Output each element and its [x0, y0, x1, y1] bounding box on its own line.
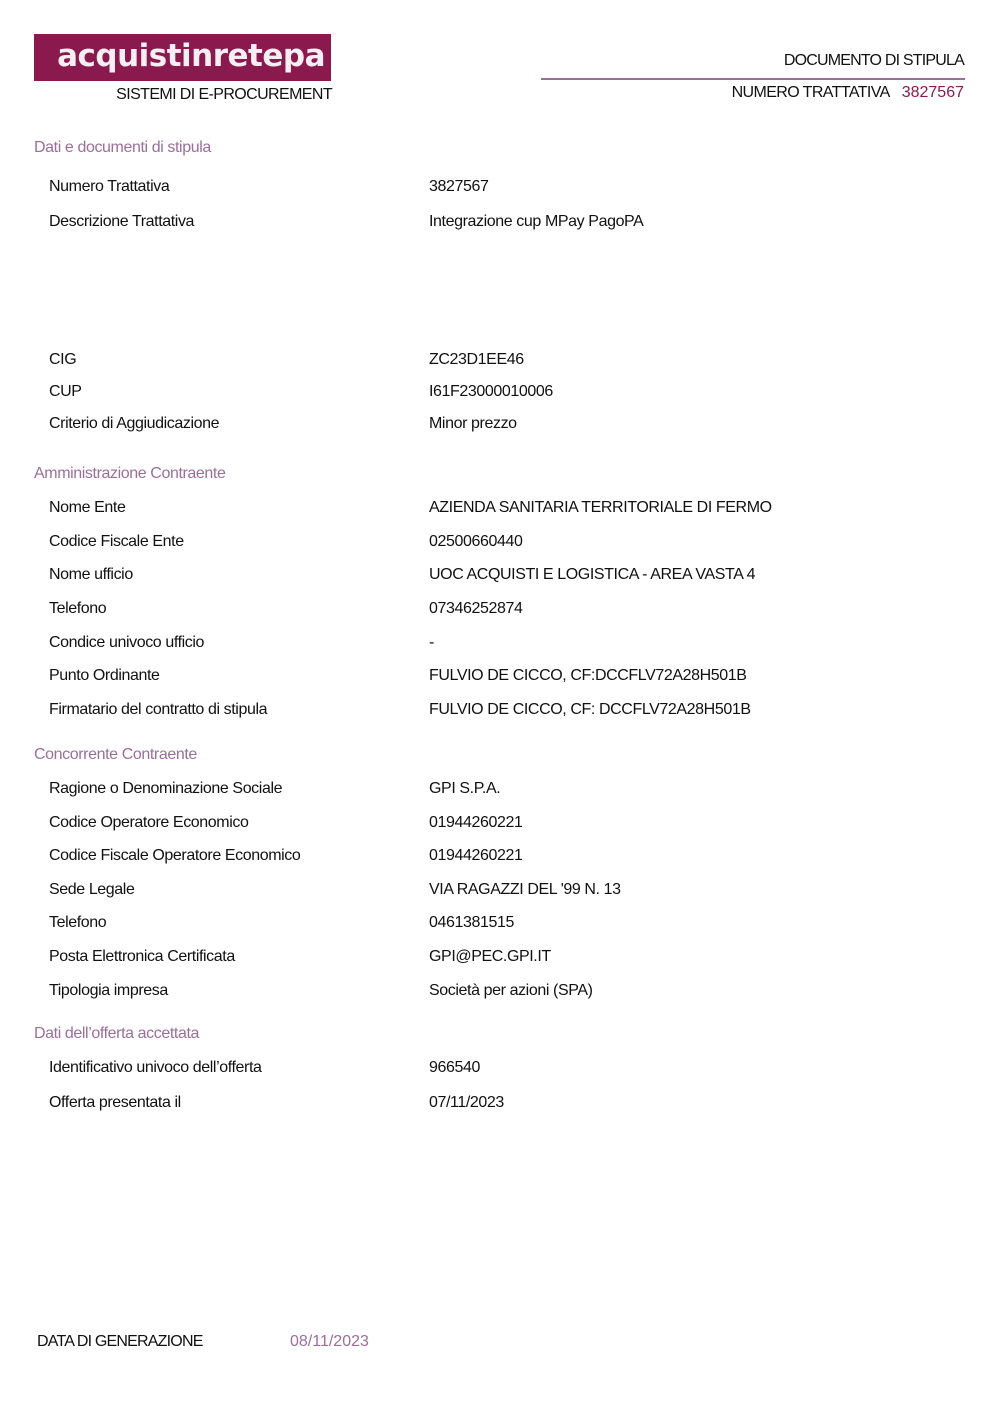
field-label: Codice Fiscale Ente	[49, 533, 184, 551]
field-value: 0461381515	[429, 914, 514, 932]
field-value: VIA RAGAZZI DEL '99 N. 13	[429, 881, 621, 899]
trattativa-header: NUMERO TRATTATIVA3827567	[732, 84, 964, 102]
section-title-stipula: Dati e documenti di stipula	[34, 139, 211, 157]
field-label: Ragione o Denominazione Sociale	[49, 780, 282, 798]
field-value: Minor prezzo	[429, 415, 517, 433]
field-value: 3827567	[429, 178, 489, 196]
generation-date-label: DATA DI GENERAZIONE	[37, 1333, 203, 1351]
field-value: 01944260221	[429, 847, 522, 865]
field-value: 07/11/2023	[429, 1094, 504, 1112]
field-label: Codice Operatore Economico	[49, 814, 248, 832]
trattativa-number: 3827567	[902, 84, 964, 101]
logo-subtitle: SISTEMI DI E-PROCUREMENT	[34, 86, 332, 104]
field-label: CIG	[49, 351, 76, 369]
field-value: Integrazione cup MPay PagoPA	[429, 213, 643, 231]
field-value: 07346252874	[429, 600, 522, 618]
field-label: Descrizione Trattativa	[49, 213, 194, 231]
field-label: Firmatario del contratto di stipula	[49, 701, 267, 719]
field-label: Identificativo univoco dell’offerta	[49, 1059, 262, 1077]
generation-date-value: 08/11/2023	[290, 1333, 369, 1351]
field-value: 966540	[429, 1059, 480, 1077]
field-value: AZIENDA SANITARIA TERRITORIALE DI FERMO	[429, 499, 772, 517]
brand-logo: acquistinretepa	[34, 34, 331, 81]
field-label: Telefono	[49, 914, 106, 932]
field-value: I61F23000010006	[429, 383, 553, 401]
section-title-offerta: Dati dell’offerta accettata	[34, 1025, 199, 1043]
section-title-amministrazione: Amministrazione Contraente	[34, 465, 225, 483]
field-label: Nome ufficio	[49, 566, 133, 584]
field-label: CUP	[49, 383, 82, 401]
field-value: 02500660440	[429, 533, 522, 551]
document-title: DOCUMENTO DI STIPULA	[784, 52, 964, 70]
field-label: Nome Ente	[49, 499, 125, 517]
field-value: UOC ACQUISTI E LOGISTICA - AREA VASTA 4	[429, 566, 755, 584]
field-label: Codice Fiscale Operatore Economico	[49, 847, 300, 865]
field-value: FULVIO DE CICCO, CF:DCCFLV72A28H501B	[429, 667, 747, 685]
field-label: Offerta presentata il	[49, 1094, 181, 1112]
header-divider	[541, 78, 965, 80]
field-value: -	[429, 634, 434, 652]
field-label: Telefono	[49, 600, 106, 618]
field-value: FULVIO DE CICCO, CF: DCCFLV72A28H501B	[429, 701, 751, 719]
field-label: Condice univoco ufficio	[49, 634, 204, 652]
field-value: Società per azioni (SPA)	[429, 982, 593, 1000]
field-label: Sede Legale	[49, 881, 134, 899]
section-title-concorrente: Concorrente Contraente	[34, 746, 197, 764]
field-value: 01944260221	[429, 814, 522, 832]
field-label: Criterio di Aggiudicazione	[49, 415, 219, 433]
field-label: Tipologia impresa	[49, 982, 168, 1000]
field-value: GPI@PEC.GPI.IT	[429, 948, 551, 966]
field-label: Numero Trattativa	[49, 178, 169, 196]
field-value: ZC23D1EE46	[429, 351, 524, 369]
field-value: GPI S.P.A.	[429, 780, 500, 798]
trattativa-label: NUMERO TRATTATIVA	[732, 84, 890, 101]
field-label: Posta Elettronica Certificata	[49, 948, 235, 966]
field-label: Punto Ordinante	[49, 667, 160, 685]
